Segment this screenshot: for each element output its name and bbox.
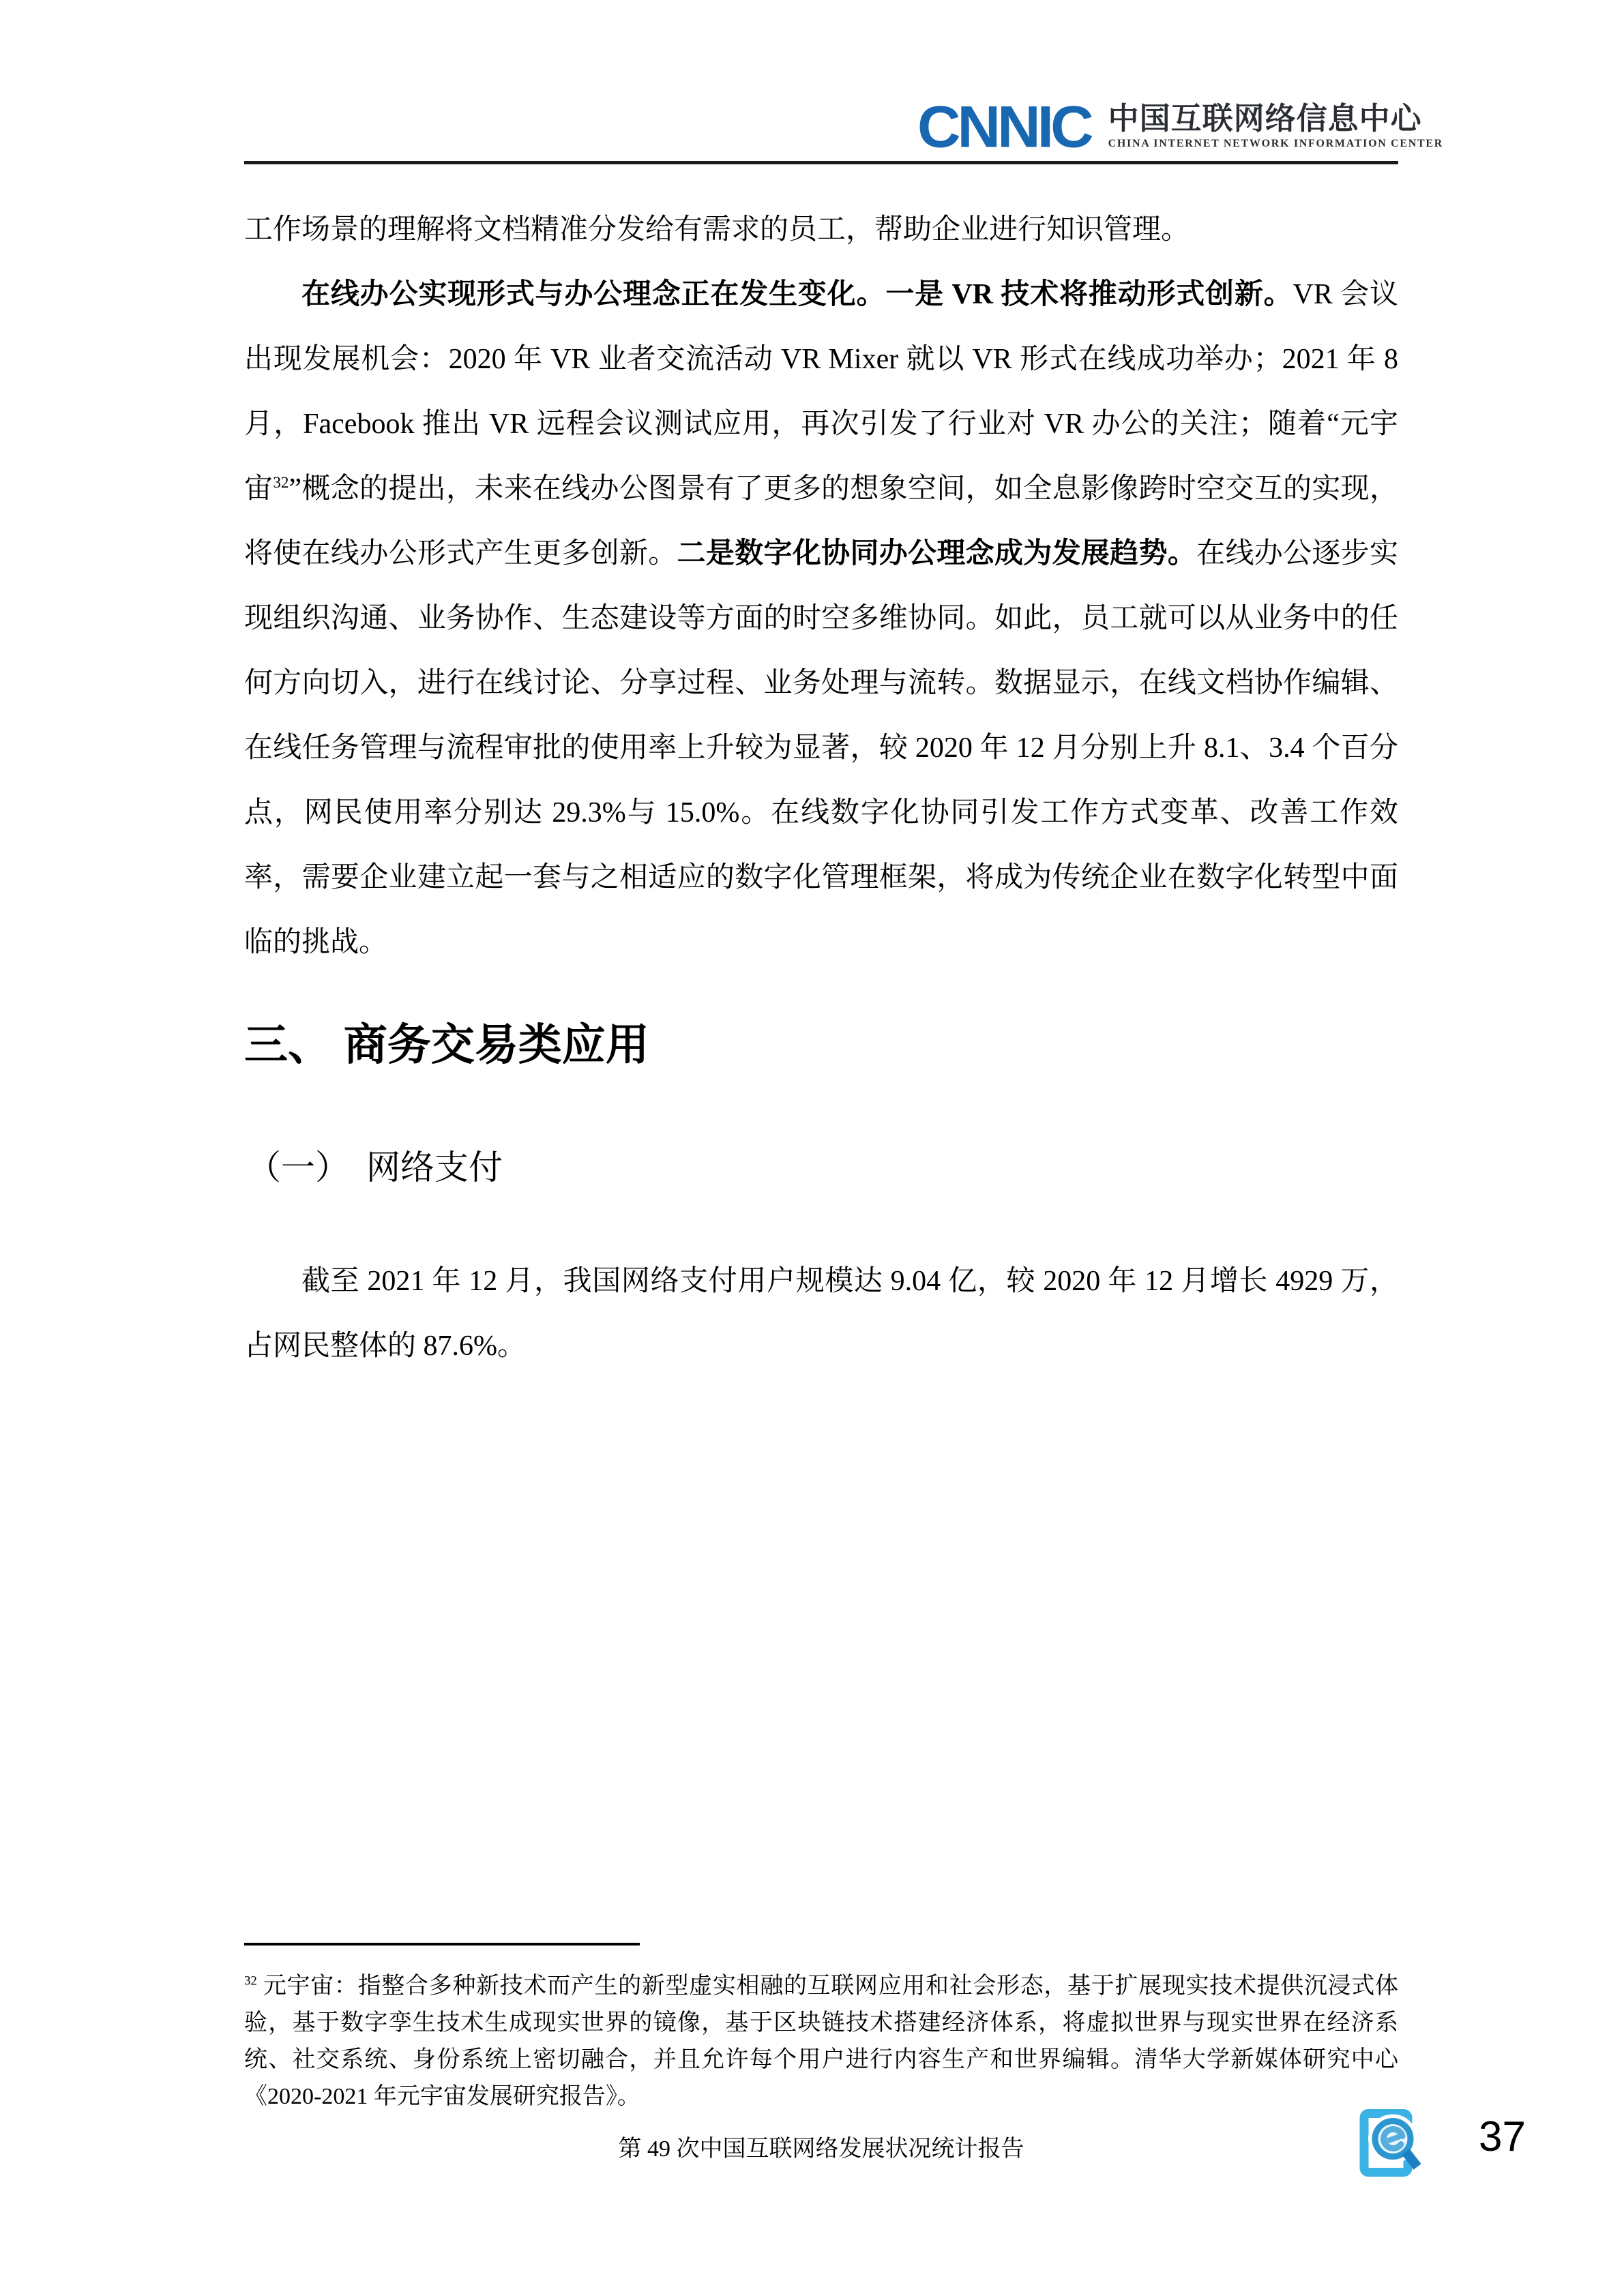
org-name-en: CHINA INTERNET NETWORK INFORMATION CENTE… <box>1108 136 1443 151</box>
header-logo: CNNIC 中国互联网络信息中心 CHINA INTERNET NETWORK … <box>917 101 1443 153</box>
org-name-zh: 中国互联网络信息中心 <box>1108 101 1443 136</box>
org-name-block: 中国互联网络信息中心 CHINA INTERNET NETWORK INFORM… <box>1108 101 1443 151</box>
footer-report-title: 第 49 次中国互联网络发展状况统计报告 <box>244 2134 1398 2164</box>
paragraph-online-payment: 截至 2021 年 12 月，我国网络支付用户规模达 9.04 亿，较 2020… <box>244 1249 1398 1379</box>
paragraph-online-office: 在线办公实现形式与办公理念正在发生变化。一是 VR 技术将推动形式创新。VR 会… <box>244 263 1398 975</box>
header-rule <box>244 161 1398 164</box>
subsection-heading: （一） 网络支付 <box>247 1147 503 1188</box>
cnnic-logo: CNNIC <box>917 102 1091 152</box>
body-text: 工作场景的理解将文档精准分发给有需求的员工，帮助企业进行知识管理。 在线办公实现… <box>244 198 1398 975</box>
paragraph-knowledge-management: 工作场景的理解将文档精准分发给有需求的员工，帮助企业进行知识管理。 <box>244 198 1398 263</box>
section-heading: 三、 商务交易类应用 <box>244 1020 649 1069</box>
page-number: 37 <box>1479 2115 1526 2159</box>
footnote-divider <box>244 1943 640 1945</box>
document-page: CNNIC 中国互联网络信息中心 CHINA INTERNET NETWORK … <box>0 0 1624 2296</box>
report-logo-icon <box>1359 2108 1423 2177</box>
footnote-metaverse: 32 元宇宙：指整合多种新技术而产生的新型虚实相融的互联网应用和社会形态，基于扩… <box>244 1968 1398 2115</box>
